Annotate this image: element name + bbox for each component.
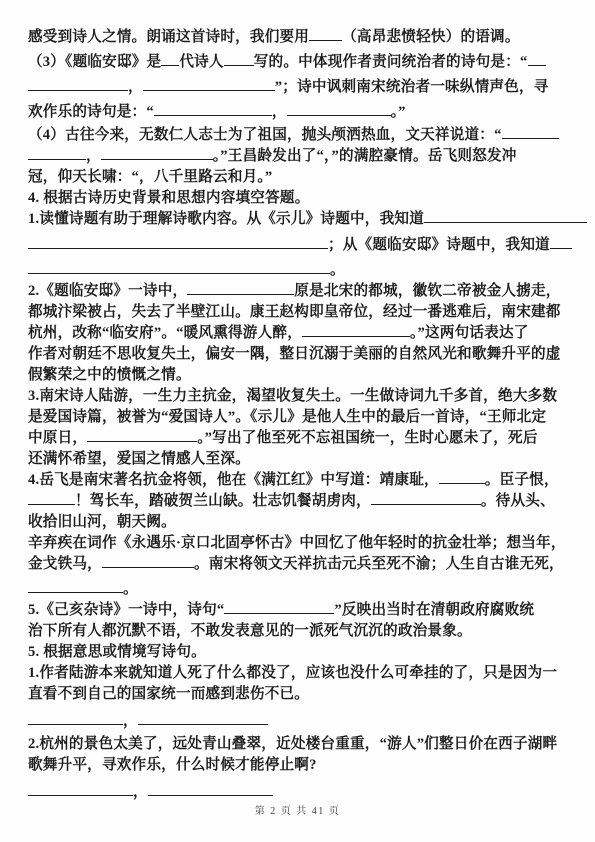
- text-line: 金戈铁马，。南宋将领文天祥抗击元兵至死不渝；人生自古谁无死，: [28, 554, 573, 575]
- blank-underline: [439, 470, 485, 484]
- text-run: 中原日，: [28, 430, 87, 446]
- blank-underline: [550, 235, 572, 249]
- blank-underline: [528, 52, 546, 66]
- text-run: 假繁荣之中的愤慨之情。: [28, 367, 191, 383]
- text-run: ，: [86, 148, 101, 164]
- blank-underline: [154, 102, 272, 116]
- text-run: 冠，仰天长啸：“，八千里路云和月。”: [28, 169, 272, 185]
- text-run: 。臣子恨，: [485, 472, 559, 488]
- text-run: 辛弃疾在词作《永遇乐·京口北固亭怀古》中回忆了他年轻时的抗金壮举；想当年，: [28, 535, 566, 551]
- text-run: 5. 根据意思或情境写诗句。: [28, 644, 206, 660]
- text-run: 。”王昌龄发出了“，”的满腔豪情。岳飞则怒发冲: [213, 148, 517, 164]
- text-run: 治下所有人都沉默不语，不敢发表意见的一派死气沉沉的政治景象。: [28, 623, 472, 639]
- text-line: 2.杭州的景色太美了，远处青山叠翠，近处楼台重重，“游人”们整日价在西子湖畔: [28, 734, 573, 755]
- text-run: 欢作乐的诗句是：“: [28, 104, 154, 120]
- text-run: 感受到诗人之情。朗诵这首诗时，我们要用: [28, 29, 309, 45]
- text-run: 直看不到自己的国家统一而感到悲伤不已。: [28, 686, 309, 702]
- blank-underline: [28, 146, 86, 160]
- text-line: 直看不到自己的国家统一而感到悲伤不已。: [28, 684, 573, 705]
- text-line: 4. 根据古诗历史背景和思想内容填空答题。: [28, 188, 573, 209]
- text-line: 假繁荣之中的愤慨之情。: [28, 365, 573, 386]
- text-run: 原是北宋的都城，徽钦二帝被金人掳走，: [294, 283, 560, 299]
- text-line: 冠，仰天长啸：“，八千里路云和月。”: [28, 167, 573, 188]
- text-line: 感受到诗人之情。朗诵这首诗时，我们要用（高昂悲愤轻快）的语调。: [28, 27, 573, 48]
- text-run: ，: [133, 784, 148, 800]
- text-line: ，: [28, 782, 573, 803]
- text-run: 歌舞升平，寻欢作乐，什么时候才能停止啊?: [28, 757, 317, 773]
- text-run: ，: [128, 79, 143, 95]
- text-line: ，。”王昌龄发出了“，”的满腔豪情。岳飞则怒发冲: [28, 146, 573, 167]
- text-run: 。: [330, 262, 345, 278]
- blank-underline: [371, 491, 481, 505]
- text-run: （高昂悲愤轻快）的语调。: [342, 29, 520, 45]
- blank-underline: [143, 77, 275, 91]
- text-line: 5.《己亥杂诗》一诗中，诗句“”反映出当时在清朝政府腐败统: [28, 600, 573, 621]
- text-line: 是爱国诗篇，被誉为“爱国诗人”。《示儿》是他人生中的最后一首诗，“王师北定: [28, 407, 573, 428]
- text-line: 歌舞升平，寻欢作乐，什么时候才能停止啊?: [28, 755, 573, 776]
- blank-underline: [138, 711, 268, 725]
- text-line: 。: [28, 579, 573, 600]
- blank-underline: [28, 235, 328, 249]
- text-run: 。: [123, 581, 138, 597]
- blank-underline: [309, 27, 342, 41]
- text-line: （3）《题临安邸》是代诗人写的。中体现作者责问统治者的诗句是：“: [28, 52, 573, 73]
- blank-underline: [224, 52, 254, 66]
- text-run: ”反映出当时在清朝政府腐败统: [334, 602, 534, 618]
- text-run: 。”这两句话表达了: [410, 325, 529, 341]
- text-run: 4.岳飞是南宋著名抗金将领，他在《满江红》中写道：靖康耻，: [28, 472, 439, 488]
- text-line: 欢作乐的诗句是：“，。”: [28, 102, 573, 123]
- text-line: 4.岳飞是南宋著名抗金将领，他在《满江红》中写道：靖康耻，。臣子恨，: [28, 470, 573, 491]
- blank-underline: [28, 260, 330, 274]
- text-run: 3.南宋诗人陆游，一生力主抗金，渴望收复失土。一生做诗词九千多首，绝大多数: [28, 388, 557, 404]
- blank-underline: [424, 209, 587, 223]
- blank-underline: [502, 125, 559, 139]
- text-run: ，: [123, 713, 138, 729]
- blank-underline: [28, 491, 75, 505]
- blank-underline: [187, 281, 294, 295]
- text-run: 4. 根据古诗历史背景和思想内容填空答题。: [28, 190, 309, 206]
- text-line: ！驾长车，踏破贺兰山缺。壮志饥餐胡虏肉，。待从头、: [28, 491, 573, 512]
- blank-underline: [224, 600, 334, 614]
- blank-underline: [28, 711, 123, 725]
- text-line: （4）古往今来，无数仁人志士为了祖国，抛头颅洒热血，文天祥说道：“: [28, 125, 573, 146]
- text-line: 杭州，改称“临安府”。“暖风熏得游人醉，。”这两句话表达了: [28, 323, 573, 344]
- text-line: 5. 根据意思或情境写诗句。: [28, 642, 573, 663]
- text-run: 2.《题临安邸》一诗中，: [28, 283, 187, 299]
- blank-underline: [28, 782, 133, 796]
- blank-underline: [28, 77, 128, 91]
- blank-underline: [287, 102, 391, 116]
- text-run: 代诗人: [179, 54, 223, 70]
- text-line: 收拾旧山河，朝天阙。: [28, 512, 573, 533]
- text-run: 杭州，改称“临安府”。“暖风熏得游人醉，: [28, 325, 302, 341]
- worksheet-page: 感受到诗人之情。朗诵这首诗时，我们要用（高昂悲愤轻快）的语调。（3）《题临安邸》…: [0, 0, 595, 842]
- text-run: 5.《己亥杂诗》一诗中，诗句“: [28, 602, 224, 618]
- text-line: 1.作者陆游本来就知道人死了什么都没了，应该也没什么可牵挂的了，只是因为一: [28, 663, 573, 684]
- text-line: 辛弃疾在词作《永遇乐·京口北固亭怀古》中回忆了他年轻时的抗金壮举；想当年，: [28, 533, 573, 554]
- blank-underline: [101, 146, 213, 160]
- text-line: 作者对朝廷不思收复失土，偏安一隅，整日沉溺于美丽的自然风光和歌舞升平的虚: [28, 344, 573, 365]
- text-line: 中原日，。”写出了他至死不忘祖国统一，生时心愿未了，死后: [28, 428, 573, 449]
- text-line: 1.读懂诗题有助于理解诗歌内容。从《示儿》诗题中，我知道: [28, 209, 573, 230]
- page-footer: 第 2 页 共 41 页: [0, 802, 595, 817]
- text-run: 还满怀希望，爱国之情感人至深。: [28, 451, 250, 467]
- text-run: 1.作者陆游本来就知道人死了什么都没了，应该也没什么可牵挂的了，只是因为一: [28, 665, 557, 681]
- text-line: 治下所有人都沉默不语，不敢发表意见的一派死气沉沉的政治景象。: [28, 621, 573, 642]
- text-line: 还满怀希望，爱国之情感人至深。: [28, 449, 573, 470]
- text-run: 1.读懂诗题有助于理解诗歌内容。从《示儿》诗题中，我知道: [28, 211, 424, 227]
- blank-underline: [87, 428, 197, 442]
- text-line: 。: [28, 260, 573, 281]
- text-run: 都城汴梁被占，失去了半壁江山。康王赵构即皇帝位，经过一番逃难后，南宋建都: [28, 304, 561, 320]
- blank-underline: [148, 782, 273, 796]
- text-run: （4）古往今来，无数仁人志士为了祖国，抛头颅洒热血，文天祥说道：“: [28, 127, 502, 143]
- text-run: ！驾长车，踏破贺兰山缺。壮志饥餐胡虏肉，: [75, 493, 371, 509]
- text-run: ”；诗中讽刺南宋统治者一味纵情声色，寻: [275, 79, 549, 95]
- blank-underline: [161, 52, 179, 66]
- text-run: ；从《题临安邸》诗题中，我知道: [328, 237, 550, 253]
- text-run: 金戈铁马，: [28, 556, 102, 572]
- text-run: 写的。中体现作者责问统治者的诗句是：“: [254, 54, 528, 70]
- text-run: 。待从头、: [481, 493, 555, 509]
- blank-underline: [28, 579, 123, 593]
- text-line: ，: [28, 711, 573, 732]
- text-line: 3.南宋诗人陆游，一生力主抗金，渴望收复失土。一生做诗词九千多首，绝大多数: [28, 386, 573, 407]
- text-run: 。”: [391, 104, 406, 120]
- text-line: 2.《题临安邸》一诗中，原是北宋的都城，徽钦二帝被金人掳走，: [28, 281, 573, 302]
- text-run: 。南宋将领文天祥抗击元兵至死不渝；人生自古谁无死，: [194, 556, 564, 572]
- text-run: 是爱国诗篇，被誉为“爱国诗人”。《示儿》是他人生中的最后一首诗，“王师北定: [28, 409, 546, 425]
- text-run: 。”写出了他至死不忘祖国统一，生时心愿未了，死后: [197, 430, 537, 446]
- text-line: ；从《题临安邸》诗题中，我知道: [28, 235, 573, 256]
- text-run: 作者对朝廷不思收复失土，偏安一隅，整日沉溺于美丽的自然风光和歌舞升平的虚: [28, 346, 561, 362]
- blank-underline: [102, 554, 194, 568]
- document-body: 感受到诗人之情。朗诵这首诗时，我们要用（高昂悲愤轻快）的语调。（3）《题临安邸》…: [28, 27, 573, 803]
- text-line: ，”；诗中讽刺南宋统治者一味纵情声色，寻: [28, 77, 573, 98]
- text-run: （3）《题临安邸》是: [28, 54, 161, 70]
- blank-underline: [302, 323, 410, 337]
- text-line: 都城汴梁被占，失去了半壁江山。康王赵构即皇帝位，经过一番逃难后，南宋建都: [28, 302, 573, 323]
- text-run: ，: [272, 104, 287, 120]
- text-run: 2.杭州的景色太美了，远处青山叠翠，近处楼台重重，“游人”们整日价在西子湖畔: [28, 736, 557, 752]
- text-run: 收拾旧山河，朝天阙。: [28, 514, 176, 530]
